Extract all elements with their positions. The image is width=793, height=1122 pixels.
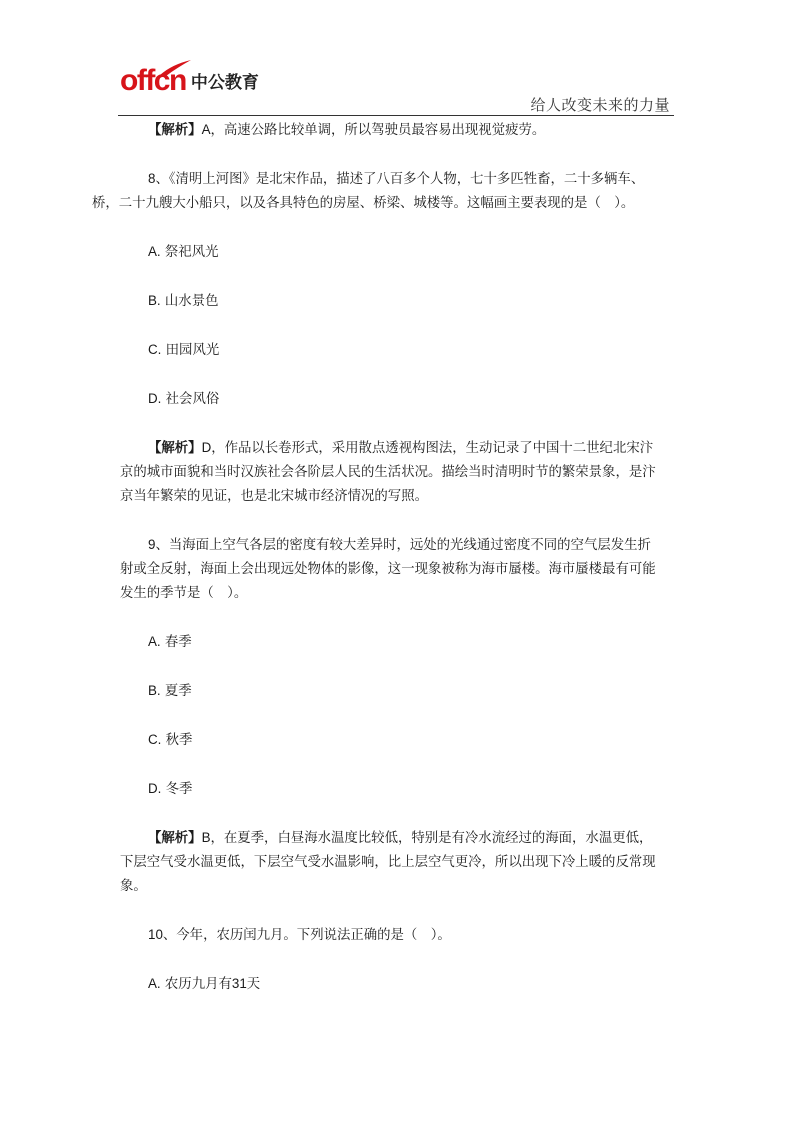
q8-analysis: 【解析】D，作品以长卷形式，采用散点透视构图法，生动记录了中国十二世纪北宋汴京的…: [120, 436, 676, 509]
analysis-label: 【解析】: [148, 123, 202, 138]
option-letter: A.: [148, 634, 161, 649]
slogan: 给人改变未来的力量: [530, 94, 670, 115]
q9-stem-line3: 发生的季节是（ ）。: [92, 582, 247, 606]
logo-swoosh-icon: [158, 60, 192, 76]
analysis-answer: D: [202, 440, 212, 455]
q9-stem-line1: 、当海面上空气各层的密度有较大差异时，远处的光线通过密度不同的空气层发生折: [155, 538, 650, 553]
document-body: 【解析】A，高速公路比较单调，所以驾驶员最容易出现视觉疲劳。 8、《清明上河图》…: [120, 118, 676, 997]
option-letter: A.: [148, 244, 161, 259]
analysis-line1: ，在夏季，白昼海水温度比较低，特别是有冷水流经过的海面，水温更低，: [211, 831, 653, 846]
offcn-logo: offcn 中公教育: [120, 62, 259, 96]
option-text: 春季: [165, 635, 192, 650]
q10-stem: 10、今年，农历闰九月。下列说法正确的是（ ）。: [120, 923, 676, 948]
option-text: 冬季: [166, 782, 193, 797]
option-letter: A.: [148, 976, 161, 991]
option-text: 田园风光: [166, 343, 220, 358]
q7-analysis: 【解析】A，高速公路比较单调，所以驾驶员最容易出现视觉疲劳。: [120, 118, 676, 143]
q9-option-d: D. 冬季: [120, 777, 676, 802]
logo-latin: offcn: [120, 66, 186, 96]
q8-option-a: A. 祭祀风光: [120, 240, 676, 265]
analysis-line3: 京当年繁荣的见证，也是北宋城市经济情况的写照。: [92, 485, 428, 509]
option-letter: B.: [148, 293, 161, 308]
option-text: 夏季: [165, 684, 192, 699]
q9-option-c: C. 秋季: [120, 728, 676, 753]
logo-chinese: 中公教育: [191, 68, 259, 93]
analysis-answer: B: [202, 830, 211, 845]
q10-option-a: A. 农历九月有31天: [120, 972, 676, 997]
option-number: 31: [232, 976, 247, 991]
option-text: 社会风俗: [166, 392, 220, 407]
header-divider: [118, 115, 674, 116]
analysis-line2: 京的城市面貌和当时汉族社会各阶层人民的生活状况。描绘当时清明时节的繁荣景象，是汴: [92, 461, 656, 485]
q9-stem-line2: 射或全反射，海面上会出现远处物体的影像，这一现象被称为海市蜃楼。海市蜃楼最有可能: [92, 558, 656, 582]
q9-stem: 9、当海面上空气各层的密度有较大差异时，远处的光线通过密度不同的空气层发生折射或…: [120, 533, 676, 606]
q9-option-a: A. 春季: [120, 630, 676, 655]
option-text: 农历九月有: [165, 977, 232, 992]
analysis-text: ，高速公路比较单调，所以驾驶员最容易出现视觉疲劳。: [211, 123, 546, 138]
q8-stem-line1: 、《清明上河图》是北宋作品，描述了八百多个人物，七十多匹牲畜，二十多辆车、: [155, 172, 644, 187]
q10-stem-text: 、今年，农历闰九月。下列说法正确的是（ ）。: [163, 928, 451, 943]
analysis-line2: 下层空气受水温更低，下层空气受水温影响，比上层空气更冷，所以出现下冷上暖的反常现: [92, 851, 656, 875]
q8-option-c: C. 田园风光: [120, 338, 676, 363]
option-text: 秋季: [166, 733, 193, 748]
option-text-tail: 天: [247, 977, 260, 992]
analysis-line3: 象。: [92, 875, 147, 899]
q8-option-b: B. 山水景色: [120, 289, 676, 314]
analysis-answer: A: [202, 122, 211, 137]
q8-stem-line2: 桥，二十九艘大小船只，以及各具特色的房屋、桥梁、城楼等。这幅画主要表现的是（ ）…: [92, 192, 634, 216]
question-number: 10: [148, 927, 163, 942]
q9-option-b: B. 夏季: [120, 679, 676, 704]
q8-option-d: D. 社会风俗: [120, 387, 676, 412]
option-letter: B.: [148, 683, 161, 698]
analysis-label: 【解析】: [148, 831, 202, 846]
option-letter: D.: [148, 781, 161, 796]
analysis-line1: ，作品以长卷形式，采用散点透视构图法，生动记录了中国十二世纪北宋汴: [211, 441, 653, 456]
analysis-label: 【解析】: [148, 441, 202, 456]
q8-stem: 8、《清明上河图》是北宋作品，描述了八百多个人物，七十多匹牲畜，二十多辆车、桥，…: [120, 167, 676, 216]
q9-analysis: 【解析】B，在夏季，白昼海水温度比较低，特别是有冷水流经过的海面，水温更低，下层…: [120, 826, 676, 899]
option-letter: C.: [148, 732, 161, 747]
option-letter: D.: [148, 391, 161, 406]
option-text: 山水景色: [165, 294, 219, 309]
option-text: 祭祀风光: [165, 245, 219, 260]
page-header: offcn 中公教育 给人改变未来的力量: [118, 62, 674, 115]
option-letter: C.: [148, 342, 161, 357]
